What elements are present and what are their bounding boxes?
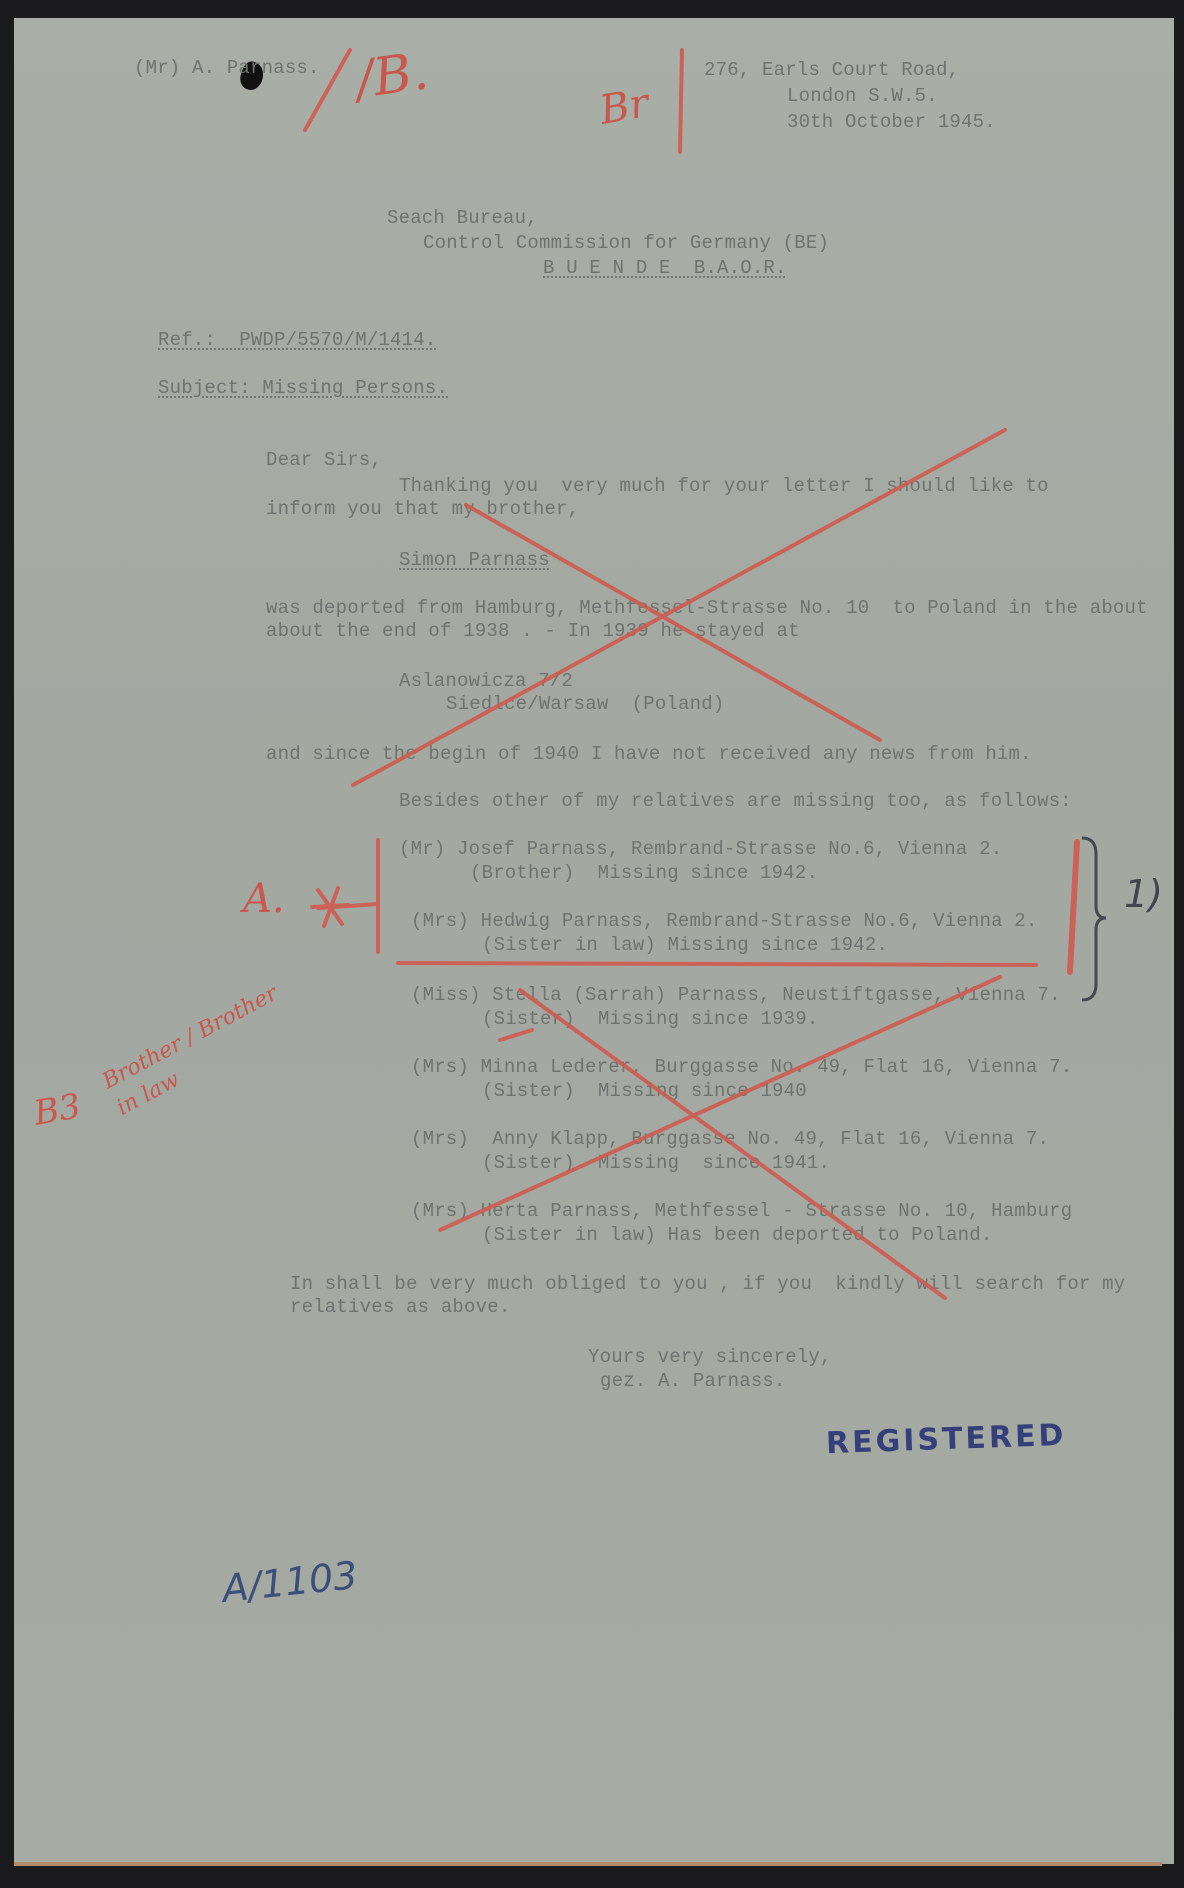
closing-paragraph-line-2: relatives as above. [290,1295,510,1319]
relative-5-line-1: (Mrs) Anny Klapp, Burggasse No. 49, Flat… [411,1127,1049,1151]
signature: gez. A. Parnass. [600,1369,786,1393]
sender-line: (Mr) A. Parnass. [134,56,320,80]
paragraph-1-line-1: Thanking you very much for your letter I… [399,474,1049,498]
relative-3-line-1: (Miss) Stella (Sarrah) Parnass, Neustift… [411,983,1061,1007]
salutation: Dear Sirs, [266,448,382,472]
closing: Yours very sincerely, [588,1345,832,1369]
annotation-top-initial: Br [596,80,652,134]
relative-1-line-2: (Brother) Missing since 1942. [470,861,818,885]
person-name: Simon Parnass [399,548,550,572]
annotation-bracket-note: 1) [1124,872,1163,916]
annotation-mark-a: A. [243,876,285,922]
paragraph-3: and since the begin of 1940 I have not r… [266,742,1032,766]
address-line-2: Siedlce/Warsaw (Poland) [446,692,724,716]
sender-address-line-1: 276, Earls Court Road, [704,58,959,82]
sender-address-line-2: London S.W.5. [787,84,938,108]
relative-1-line-1: (Mr) Josef Parnass, Rembrand-Strasse No.… [399,837,1002,861]
relative-5-line-2: (Sister) Missing since 1941. [482,1151,830,1175]
relative-2-line-1: (Mrs) Hedwig Parnass, Rembrand-Strasse N… [411,909,1038,933]
paragraph-1-line-2: inform you that my brother, [266,497,579,521]
recipient-line-1: Seach Bureau, [387,206,538,230]
paragraph-2-line-2: about the end of 1938 . - In 1939 he sta… [266,619,800,643]
recipient-line-3: B U E N D E B.A.O.R. [543,256,787,280]
relative-6-line-2: (Sister in law) Has been deported to Pol… [482,1223,992,1247]
address-line-1: Aslanowicza 7/2 [399,669,573,693]
annotation-mark-b: B3 [31,1086,84,1133]
letter-date: 30th October 1945. [787,110,996,134]
reference-line: Ref.: PWDP/5570/M/1414. [158,328,436,352]
recipient-line-2: Control Commission for Germany (BE) [423,231,829,255]
relative-6-line-1: (Mrs) Herta Parnass, Methfessel - Strass… [411,1199,1072,1223]
paragraph-4: Besides other of my relatives are missin… [399,789,1072,813]
relative-4-line-2: (Sister) Missing since 1940 [482,1079,807,1103]
relative-4-line-1: (Mrs) Minna Lederer, Burggasse No. 49, F… [411,1055,1072,1079]
annotation-top-mark: /B. [352,41,432,110]
paper-edge [14,1862,1162,1866]
paragraph-2-line-1: was deported from Hamburg, Methfessel-St… [266,596,1148,620]
closing-paragraph-line-1: In shall be very much obliged to you , i… [290,1272,1125,1296]
relative-3-line-2: (Sister) Missing since 1939. [482,1007,818,1031]
relative-2-line-2: (Sister in law) Missing since 1942. [482,933,888,957]
subject-line: Subject: Missing Persons. [158,376,448,400]
